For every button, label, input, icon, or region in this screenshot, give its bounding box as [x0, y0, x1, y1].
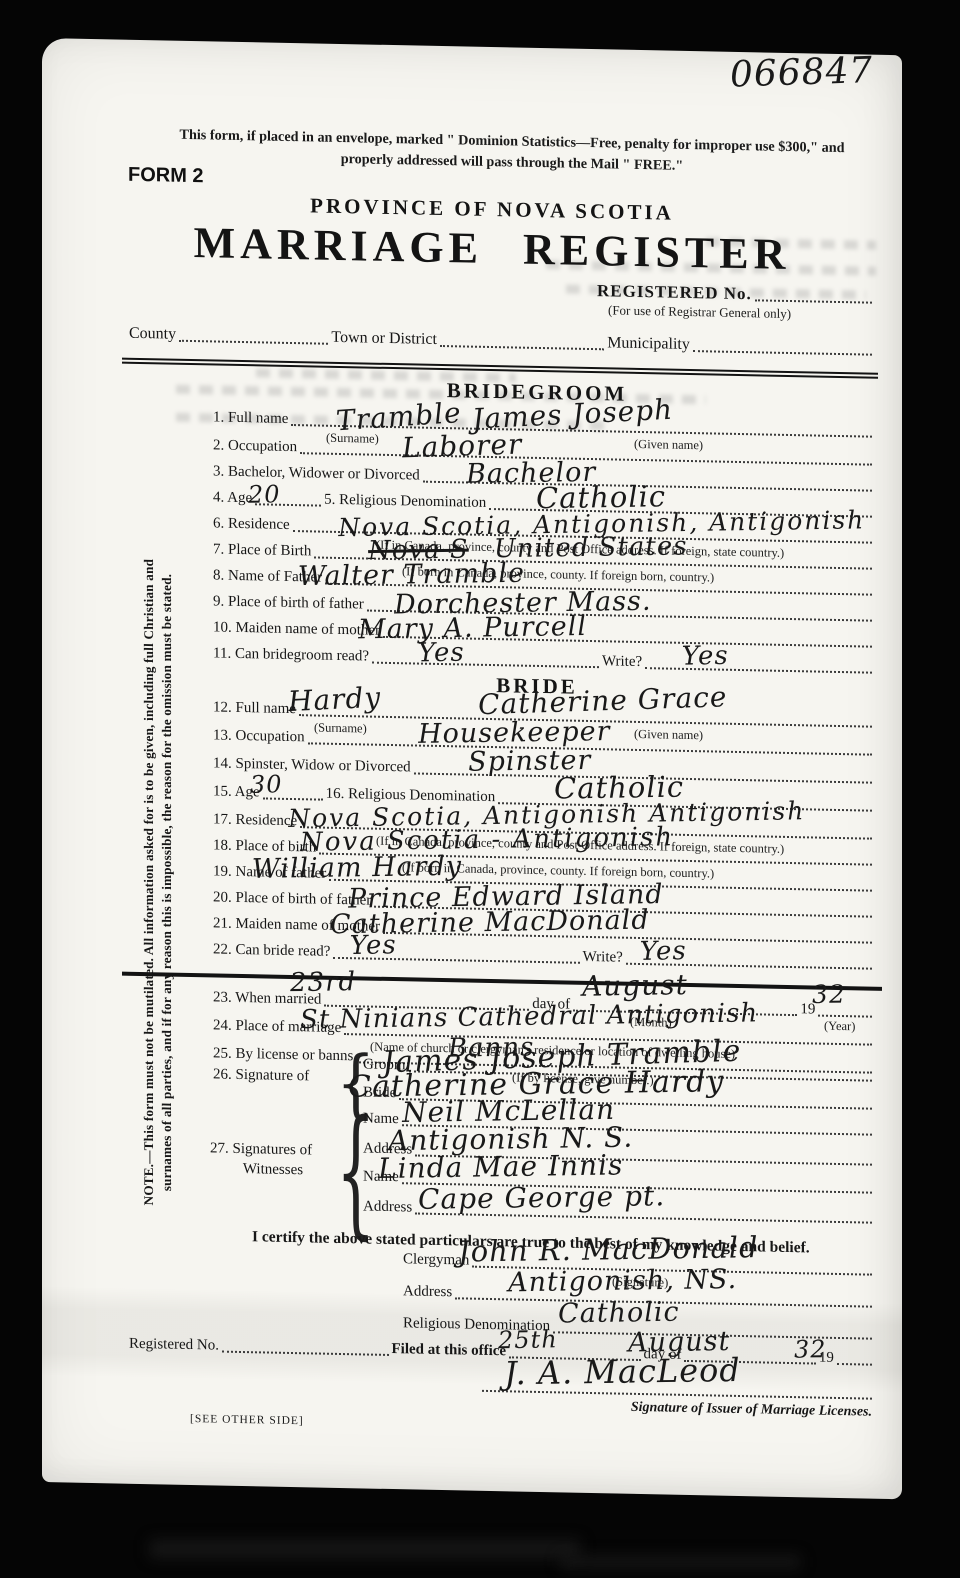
groom-status-label: 3. Bachelor, Widower or Divorced: [210, 464, 423, 483]
bride-can-write-handwritten: Yes: [640, 938, 688, 965]
groom-occupation-label: 2. Occupation: [210, 438, 300, 455]
bride-surname-handwritten: Hardy: [287, 684, 382, 717]
groom-father-birthplace-label: 9. Place of birth of father: [210, 594, 367, 612]
county-field[interactable]: [179, 340, 328, 345]
witness2-name-handwritten: Linda Mae Innis: [378, 1151, 624, 1183]
witness2-address-handwritten: Cape George pt.: [418, 1182, 666, 1214]
bride-full-name-label: 12. Full name: [210, 700, 299, 717]
bride-occupation-handwritten: Housekeeper: [418, 718, 611, 748]
witnesses-label-line2: Witnesses: [210, 1159, 336, 1181]
groom-age-handwritten: 20: [248, 482, 281, 506]
county-label: County: [126, 326, 179, 343]
signature-of-label: 26. Signature of: [210, 1067, 312, 1084]
witnesses-label-line1: 27. Signatures of: [210, 1139, 336, 1161]
groom-full-name-label: 1. Full name: [210, 410, 291, 427]
groom-can-write-handwritten: Yes: [682, 643, 730, 670]
filed-year-handwritten: 32: [794, 1337, 827, 1361]
filed-year-field[interactable]: [837, 1363, 872, 1366]
bride-status-label: 14. Spinster, Widow or Divorced: [210, 756, 414, 775]
registered-no-field[interactable]: [755, 299, 872, 303]
when-married-year-field[interactable]: [818, 1015, 872, 1018]
groom-can-read-handwritten: Yes: [418, 640, 466, 667]
registered-no-row: REGISTERED No.: [594, 279, 872, 305]
page-title: MARRIAGE REGISTER: [122, 220, 862, 279]
registered-no-label: REGISTERED No.: [594, 282, 755, 302]
registrar-only-note: (For use of Registrar General only): [608, 303, 791, 320]
margin-note-line1: NOTE.—This form must not be mutilated. A…: [140, 552, 158, 1212]
document-number-handwritten: 066847: [729, 53, 874, 94]
bride-can-read-label: 22. Can bride read?: [210, 942, 333, 959]
groom-can-read-field[interactable]: [372, 662, 599, 669]
bride-can-write-label: Write?: [580, 950, 626, 966]
filed-day-handwritten: 25th: [498, 1327, 558, 1352]
mailing-notice: This form, if placed in an envelope, mar…: [152, 124, 872, 180]
issuer-signature-handwritten: J. A. MacLeod: [504, 1354, 742, 1390]
marriage-day-handwritten: 23rd: [290, 969, 357, 996]
witnesses-label: 27. Signatures of Witnesses: [210, 1139, 336, 1181]
bride-age-handwritten: 30: [250, 772, 283, 796]
bride-can-read-handwritten: Yes: [350, 932, 398, 959]
groom-father-handwritten: Walter Tramble: [298, 560, 526, 590]
clergyman-address-handwritten: Antigonish, NS.: [508, 1266, 738, 1296]
municipality-label: Municipality: [604, 335, 693, 353]
bride-given-names-handwritten: Catherine Grace: [477, 683, 728, 719]
groom-can-write-field[interactable]: [645, 667, 872, 674]
town-district-field[interactable]: [440, 345, 604, 350]
see-other-side-note: [SEE OTHER SIDE]: [190, 1413, 304, 1427]
margin-note-line2: surnames of all parties, and if for any …: [158, 552, 176, 1212]
scanner-artifact: [150, 1540, 580, 1558]
municipality-field[interactable]: [693, 350, 872, 356]
filed-at-office-label: Filed at this office: [389, 1342, 510, 1359]
county-town-municipality-row: County Town or District Municipality: [126, 322, 872, 357]
groom-religion-label: 5. Religious Denomination: [321, 493, 489, 511]
scanner-artifact: [560, 1556, 800, 1568]
town-district-label: Town or District: [328, 330, 440, 348]
place-of-marriage-handwritten: St Ninians Cathedral Antigonish: [300, 1000, 759, 1033]
groom-can-write-label: Write?: [599, 654, 645, 670]
groom-birthplace-label: 7. Place of Birth: [210, 542, 314, 559]
groom-mother-handwritten: Mary A. Purcell: [358, 613, 588, 643]
groom-can-read-label: 11. Can bridegroom read?: [210, 646, 372, 664]
margin-note-vertical: NOTE.—This form must not be mutilated. A…: [140, 552, 176, 1213]
marriage-month-handwritten: August: [582, 971, 689, 1001]
clergyman-address-label: Address: [400, 1284, 455, 1300]
clergyman-religion-handwritten: Catholic: [558, 1299, 681, 1328]
license-or-banns-label: 25. By license or banns: [210, 1046, 356, 1064]
form-number-label: FORM 2: [128, 164, 204, 189]
marriage-year-handwritten: 32: [812, 982, 847, 1008]
filing-registered-no-label: Registered No.: [126, 1337, 222, 1354]
groom-residence-label: 6. Residence: [210, 516, 293, 533]
bride-father-handwritten: William Hardy: [252, 853, 463, 883]
bride-residence-label: 17. Residence: [210, 812, 300, 829]
witness2-address-label: Address: [360, 1199, 415, 1215]
bride-birthplace-handwritten: Nova Scotia - Antigonish: [300, 824, 675, 856]
clergyman-signature-handwritten: John R. MacDonald: [458, 1233, 760, 1266]
scanned-document-background: 066847 This form, if placed in an envelo…: [0, 0, 960, 1578]
marriage-register-form-page: 066847 This form, if placed in an envelo…: [42, 38, 902, 1499]
bride-occupation-label: 13. Occupation: [210, 728, 308, 745]
issuer-signature-label: Signature of Issuer of Marriage Licenses…: [582, 1399, 872, 1421]
